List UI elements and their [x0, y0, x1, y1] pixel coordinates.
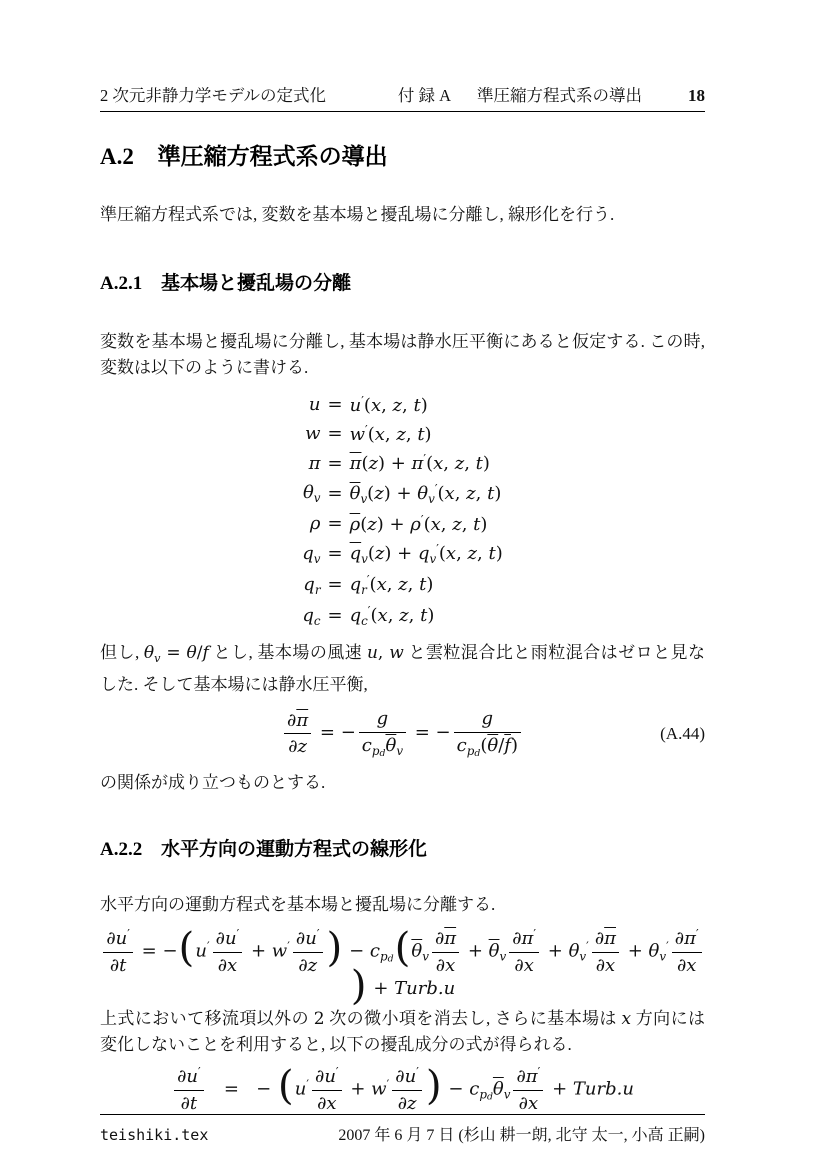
math-var: u	[309, 394, 321, 415]
header-rule	[100, 111, 705, 112]
equation-number-tag: (A.44)	[660, 724, 705, 744]
math-subscript: v	[422, 950, 429, 964]
math-var: w	[389, 643, 404, 663]
heading-subsection-a21: A.2.1 基本場と擾乱場の分離	[100, 272, 705, 297]
math-var: ∂	[514, 955, 523, 976]
math-text: )	[480, 514, 487, 535]
math-var: π	[309, 453, 321, 474]
fraction-numerator: ∂π	[432, 928, 459, 953]
math-var: ∂	[315, 1066, 324, 1087]
math-text: (	[424, 514, 431, 535]
math-var: ∂	[106, 928, 115, 949]
math-var: ∂	[216, 928, 225, 949]
math-text: )	[426, 574, 433, 595]
math-fraction: ∂π′∂x	[509, 928, 539, 976]
equation-cell: ρ(z) + ρ′(x, z, t)	[350, 510, 503, 539]
math-text: (	[439, 543, 446, 564]
equation-cell: θv(z) + θv′(x, z, t)	[350, 479, 503, 510]
math-var: t	[476, 453, 483, 474]
math-prime: ′	[586, 940, 589, 954]
math-text: (	[438, 483, 445, 504]
equation-cell: θv	[302, 479, 320, 510]
math-var: q	[302, 605, 314, 626]
math-prime: ′	[416, 1065, 419, 1079]
math-text: = −	[207, 1078, 277, 1099]
math-text: )	[483, 453, 490, 474]
math-text: +	[462, 941, 489, 962]
math-var: u	[405, 1066, 417, 1087]
text-run: とし, 基本場の風速	[209, 643, 367, 662]
math-var: u	[186, 1066, 198, 1087]
fraction-numerator: ∂π	[284, 710, 311, 735]
math-text: +	[622, 941, 649, 962]
math-var: x	[433, 453, 443, 474]
equation-cell: =	[321, 479, 350, 510]
math-var: z	[466, 483, 475, 504]
math-var-bar: π	[444, 928, 456, 949]
math-text: ,	[402, 395, 413, 416]
fraction-denominator: ∂x	[312, 1091, 342, 1115]
math-var: w	[305, 423, 320, 444]
math-var: t	[119, 955, 126, 976]
equation-row: θv=θv(z) + θv′(x, z, t)	[302, 479, 502, 510]
math-var: c	[362, 735, 372, 756]
math-var: z	[407, 1093, 416, 1114]
math-var: x	[528, 1093, 538, 1114]
math-var: ∂	[317, 1093, 326, 1114]
section-number: A.2	[100, 144, 134, 169]
math-var: z	[452, 514, 461, 535]
math-prime: ′	[533, 927, 536, 941]
math-var: q	[303, 574, 315, 595]
equation-cell: qv(z) + qv′(x, z, t)	[350, 539, 503, 570]
math-var: π	[526, 1066, 538, 1087]
math-var: ∂	[675, 928, 684, 949]
text-run: 上式において移流項以外の	[100, 1009, 314, 1028]
math-text: )	[496, 543, 503, 564]
subsection-title: 基本場と擾乱場の分離	[161, 273, 351, 294]
math-big-paren: (	[395, 923, 411, 971]
math-subscript: c	[314, 614, 321, 628]
math-var: z	[375, 543, 384, 564]
math-prime: ′	[336, 1065, 339, 1079]
fraction-denominator: ∂t	[174, 1091, 204, 1115]
math-var: ∂	[519, 1093, 528, 1114]
math-var: ∂	[435, 928, 444, 949]
math-text: 2	[314, 1009, 325, 1029]
math-fraction: ∂π∂z	[284, 710, 311, 758]
math-var: z	[308, 955, 317, 976]
math-text: +	[245, 941, 272, 962]
math-var: w	[350, 424, 365, 445]
footer-filename: teishiki.tex	[100, 1126, 208, 1144]
math-fraction: gcpdθv	[359, 708, 406, 760]
equation-hydrostatic: ∂π∂z = −gcpdθv = −gcpd(θ/f) (A.44)	[100, 708, 705, 760]
math-var: ∂	[516, 1066, 525, 1087]
math-var: g	[482, 708, 494, 729]
math-text: ,	[477, 543, 488, 564]
equation-cell: =	[321, 510, 350, 539]
math-var: x	[524, 955, 534, 976]
section-title: 準圧縮方程式系の導出	[158, 143, 388, 169]
math-var: t	[488, 543, 495, 564]
equation-cell: qc	[302, 601, 320, 632]
math-var-bar: π	[604, 928, 616, 949]
math-var: x	[605, 955, 615, 976]
fraction-numerator: ∂π′	[672, 928, 702, 953]
math-subscript: p	[380, 950, 388, 964]
equation-cell: u	[302, 391, 320, 420]
math-prime: ′	[666, 940, 669, 954]
math-var: c	[469, 1078, 479, 1099]
page-header: 2 次元非静力学モデルの定式化 付 録 A 準圧縮方程式系の導出 18	[100, 82, 705, 106]
math-subscript: v	[499, 950, 506, 964]
fraction-denominator: ∂x	[672, 953, 702, 977]
math-var: ∂	[177, 1066, 186, 1087]
paragraph-separation: 変数を基本場と擾乱場に分離し, 基本場は静水圧平衡にあると仮定する. この時, …	[100, 329, 705, 381]
math-text: +	[385, 453, 412, 474]
math-var: q	[350, 574, 362, 595]
equation-row: ρ=ρ(z) + ρ′(x, z, t)	[302, 510, 502, 539]
math-var: ∂	[110, 955, 119, 976]
fraction-numerator: g	[359, 708, 406, 733]
equation-row: w=w′(x, z, t)	[302, 420, 502, 449]
math-var: x	[446, 543, 456, 564]
math-prime: ′	[387, 1077, 390, 1091]
math-var: x	[371, 395, 381, 416]
math-text: ,	[455, 483, 466, 504]
paragraph-intro: 準圧縮方程式系では, 変数を基本場と擾乱場に分離し, 線形化を行う.	[100, 202, 705, 228]
math-text: ,	[456, 543, 467, 564]
math-var-bar: f	[504, 735, 511, 756]
math-text: )	[384, 483, 391, 504]
math-var: ∂	[595, 928, 604, 949]
math-text: (	[368, 424, 375, 445]
math-var: u	[305, 928, 317, 949]
fraction-denominator: ∂t	[103, 953, 133, 977]
equation-cell: =	[321, 391, 350, 420]
math-big-paren: (	[179, 923, 195, 971]
math-var: x	[227, 955, 237, 976]
math-text: )	[494, 483, 501, 504]
equation-block-separation: u=u′(x, z, t)w=w′(x, z, t)π=π(z) + π′(x,…	[302, 391, 502, 633]
math-var: z	[396, 424, 405, 445]
fraction-denominator: ∂z	[293, 953, 323, 977]
fraction-denominator: ∂x	[592, 953, 619, 977]
math-var: x	[686, 955, 696, 976]
equation-cell: =	[321, 570, 350, 601]
equation-cell: π(z) + π′(x, z, t)	[350, 449, 503, 478]
math-text: +	[391, 483, 418, 504]
math-var-bar: q	[350, 543, 362, 564]
equation-cell: ρ	[302, 510, 320, 539]
math-var: w	[371, 1078, 386, 1099]
math-var: π	[412, 453, 424, 474]
math-prime: ′	[207, 940, 210, 954]
math-text: = −	[409, 722, 451, 743]
math-text: ,	[476, 483, 487, 504]
math-subscript: v	[504, 1088, 511, 1102]
header-running-title: 2 次元非静力学モデルの定式化	[100, 82, 326, 106]
subsection-title: 水平方向の運動方程式の線形化	[161, 839, 427, 860]
fraction-numerator: ∂π	[592, 928, 619, 953]
math-var: ρ	[410, 514, 421, 535]
equation-row: qr=qr′(x, z, t)	[302, 570, 502, 601]
math-var: c	[370, 941, 380, 962]
math-text: ,	[464, 453, 475, 474]
equation-cell: qc′(x, z, t)	[350, 601, 503, 632]
math-text: ,	[441, 514, 452, 535]
math-text: )	[378, 453, 385, 474]
math-text: )	[425, 424, 432, 445]
math-var: Turb.u	[394, 978, 455, 999]
fraction-denominator: ∂z	[392, 1091, 422, 1115]
footer-date-authors: 2007 年 6 月 7 日 (杉山 耕一朗, 北守 太一, 小高 正嗣)	[338, 1122, 705, 1145]
math-text: −	[343, 941, 370, 962]
math-var: θ	[303, 482, 314, 503]
math-subsubscript: d	[388, 954, 394, 965]
math-var: z	[455, 453, 464, 474]
math-var: q	[350, 605, 362, 626]
math-text: =	[161, 643, 187, 663]
math-prime: ′	[198, 1065, 201, 1079]
fraction-numerator: ∂π′	[513, 1066, 543, 1091]
math-subscript: v	[314, 492, 321, 506]
math-text: +	[384, 514, 411, 535]
math-var-bar: ρ	[350, 514, 361, 535]
equation-cell: u′(x, z, t)	[350, 391, 503, 420]
math-prime: ′	[538, 1065, 541, 1079]
equation-cell: π	[302, 449, 320, 478]
page-footer: teishiki.tex 2007 年 6 月 7 日 (杉山 耕一朗, 北守 …	[100, 1114, 705, 1145]
equation-row: π=π(z) + π′(x, z, t)	[302, 449, 502, 478]
math-var-bar: θ	[489, 941, 500, 962]
math-prime: ′	[287, 940, 290, 954]
page-number: 18	[688, 86, 705, 106]
math-var: ∂	[677, 955, 686, 976]
math-text: ,	[387, 574, 398, 595]
math-var: q	[302, 543, 314, 564]
math-var: ∂	[296, 928, 305, 949]
heading-subsection-a22: A.2.2 水平方向の運動方程式の線形化	[100, 838, 705, 863]
math-big-paren: (	[278, 1061, 294, 1109]
math-var: z	[374, 483, 383, 504]
math-var: q	[418, 543, 430, 564]
math-var: x	[378, 605, 388, 626]
math-var: θ	[417, 483, 428, 504]
math-var: x	[431, 514, 441, 535]
math-prime: ′	[306, 1077, 309, 1091]
math-text: ,	[381, 395, 392, 416]
math-subscript: v	[428, 492, 435, 506]
fraction-numerator: ∂u′	[392, 1066, 422, 1091]
math-fraction: ∂u′∂x	[213, 928, 243, 976]
math-var-bar: θ	[411, 941, 422, 962]
math-text: +	[368, 978, 395, 999]
paragraph-simplify: 上式において移流項以外の 2 次の微小項を消去し, さらに基本場は x 方向には…	[100, 1006, 705, 1058]
math-var: x	[622, 1009, 632, 1029]
math-var: u	[324, 1066, 336, 1087]
math-var: x	[377, 574, 387, 595]
math-var: ∂	[436, 955, 445, 976]
subsection-number: A.2.2	[100, 839, 142, 860]
math-fraction: ∂π∂x	[592, 928, 619, 976]
math-var: z	[468, 543, 477, 564]
math-var: x	[375, 424, 385, 445]
equation-momentum-perturb: ∂u′∂t = − (u′∂u′∂x + w′∂u′∂z) − cpdθv∂π′…	[100, 1066, 705, 1114]
math-var: x	[445, 955, 455, 976]
math-text: )	[377, 514, 384, 535]
math-var: u	[195, 941, 207, 962]
math-text: ,	[385, 424, 396, 445]
equation-row: u=u′(x, z, t)	[302, 391, 502, 420]
fraction-denominator: cpdθv	[359, 733, 406, 760]
math-fraction: ∂π′∂x	[513, 1066, 543, 1114]
math-fraction: ∂π∂x	[432, 928, 459, 976]
equation-hydrostatic-body: ∂π∂z = −gcpdθv = −gcpd(θ/f)	[100, 708, 705, 760]
math-fraction: ∂u′∂z	[293, 928, 323, 976]
math-subscript: p	[479, 1088, 487, 1102]
math-var: u	[367, 643, 378, 663]
math-var: ∂	[596, 955, 605, 976]
math-var: g	[377, 708, 389, 729]
math-var-bar: π	[350, 453, 362, 474]
math-text: )	[427, 605, 434, 626]
equation-cell: qr	[302, 570, 320, 601]
fraction-denominator: cpd(θ/f)	[454, 733, 521, 760]
math-prime: ′	[127, 927, 130, 941]
math-var: θ	[144, 643, 154, 663]
math-var: ∂	[395, 1066, 404, 1087]
math-text: −	[443, 1078, 470, 1099]
math-big-paren: )	[351, 961, 367, 1009]
math-text: +	[391, 543, 418, 564]
math-var: ∂	[287, 710, 296, 731]
math-subscript: v	[361, 552, 368, 566]
math-text: ,	[409, 605, 420, 626]
equation-row: qc=qc′(x, z, t)	[302, 601, 502, 632]
fraction-numerator: ∂u′	[213, 928, 243, 953]
math-big-paren: )	[426, 1061, 442, 1109]
header-appendix-label: 付 録 A	[398, 82, 451, 106]
math-fraction: ∂u′∂z	[392, 1066, 422, 1114]
math-var: z	[399, 605, 408, 626]
math-var: c	[457, 735, 467, 756]
math-var: ρ	[310, 513, 321, 534]
document-page: 2 次元非静力学モデルの定式化 付 録 A 準圧縮方程式系の導出 18 A.2 …	[0, 0, 826, 1169]
fraction-numerator: ∂u′	[312, 1066, 342, 1091]
math-text: ,	[378, 643, 389, 663]
math-var: z	[367, 514, 376, 535]
math-var: w	[272, 941, 287, 962]
math-var: u	[295, 1078, 307, 1099]
math-subscript: c	[361, 614, 368, 628]
math-text: = −	[136, 941, 178, 962]
math-var: u	[116, 928, 128, 949]
header-chapter: 付 録 A 準圧縮方程式系の導出	[398, 82, 642, 106]
fraction-denominator: ∂x	[213, 953, 243, 977]
math-var-bar: θ	[350, 483, 361, 504]
fraction-numerator: ∂u′	[174, 1066, 204, 1091]
equation-cell: qr′(x, z, t)	[350, 570, 503, 601]
math-var: ∂	[288, 736, 297, 757]
subsection-number: A.2.1	[100, 273, 142, 294]
math-var: Turb.u	[573, 1078, 634, 1099]
math-text: ,	[462, 514, 473, 535]
fraction-numerator: g	[454, 708, 521, 733]
math-fraction: ∂u′∂x	[312, 1066, 342, 1114]
math-var-bar: θ	[493, 1078, 504, 1099]
fraction-numerator: ∂π′	[509, 928, 539, 953]
math-big-paren: )	[327, 923, 343, 971]
math-var-bar: θ	[487, 735, 498, 756]
math-var: ∂	[298, 955, 307, 976]
equation-cell: =	[321, 420, 350, 449]
math-var: t	[413, 395, 420, 416]
math-var: x	[445, 483, 455, 504]
math-text: = −	[314, 722, 356, 743]
math-fraction: ∂u′∂t	[174, 1066, 204, 1114]
math-fraction: gcpd(θ/f)	[454, 708, 521, 760]
header-appendix-title: 準圧縮方程式系の導出	[477, 82, 642, 106]
math-var: ∂	[181, 1093, 190, 1114]
math-var: u	[225, 928, 237, 949]
math-var: π	[522, 928, 534, 949]
math-var: ∂	[512, 928, 521, 949]
math-var-bar: π	[296, 710, 308, 731]
math-var: u	[350, 395, 362, 416]
math-var-bar: θ	[385, 735, 396, 756]
math-text: (	[371, 605, 378, 626]
math-prime: ′	[317, 927, 320, 941]
math-var: z	[368, 453, 377, 474]
math-prime: ′	[237, 927, 240, 941]
math-prime: ′	[696, 927, 699, 941]
math-var: θ	[569, 941, 580, 962]
math-var: z	[398, 574, 407, 595]
math-var: z	[298, 736, 307, 757]
fraction-denominator: ∂x	[513, 1091, 543, 1115]
math-subscript: v	[314, 552, 321, 566]
fraction-denominator: ∂z	[284, 734, 311, 758]
fraction-denominator: ∂x	[432, 953, 459, 977]
math-text: ,	[443, 453, 454, 474]
fraction-numerator: ∂u′	[293, 928, 323, 953]
text-run: 次の微小項を消去し, さらに基本場は	[325, 1009, 622, 1028]
math-text: +	[542, 941, 569, 962]
math-text: (	[364, 395, 371, 416]
math-subscript: r	[315, 583, 321, 597]
math-text: )	[421, 395, 428, 416]
math-var: t	[417, 424, 424, 445]
math-var: θ	[649, 941, 660, 962]
math-var: ∂	[398, 1093, 407, 1114]
equation-cell: qv	[302, 539, 320, 570]
math-fraction: ∂u′∂t	[103, 928, 133, 976]
paragraph-provision: 但し, θv = θ/f とし, 基本場の風速 u, w と雲粒混合比と雨粒混合…	[100, 640, 705, 698]
math-text: +	[546, 1078, 573, 1099]
math-text: (	[368, 543, 375, 564]
math-subscript: v	[396, 744, 403, 758]
math-var: θ	[187, 643, 197, 663]
math-text: (	[370, 574, 377, 595]
equation-cell: =	[321, 539, 350, 570]
equation-row: qv=qv(z) + qv′(x, z, t)	[302, 539, 502, 570]
paragraph-a22-intro: 水平方向の運動方程式を基本場と擾乱場に分離する.	[100, 892, 705, 918]
fraction-denominator: ∂x	[509, 953, 539, 977]
math-var: π	[684, 928, 696, 949]
math-var: t	[190, 1093, 197, 1114]
